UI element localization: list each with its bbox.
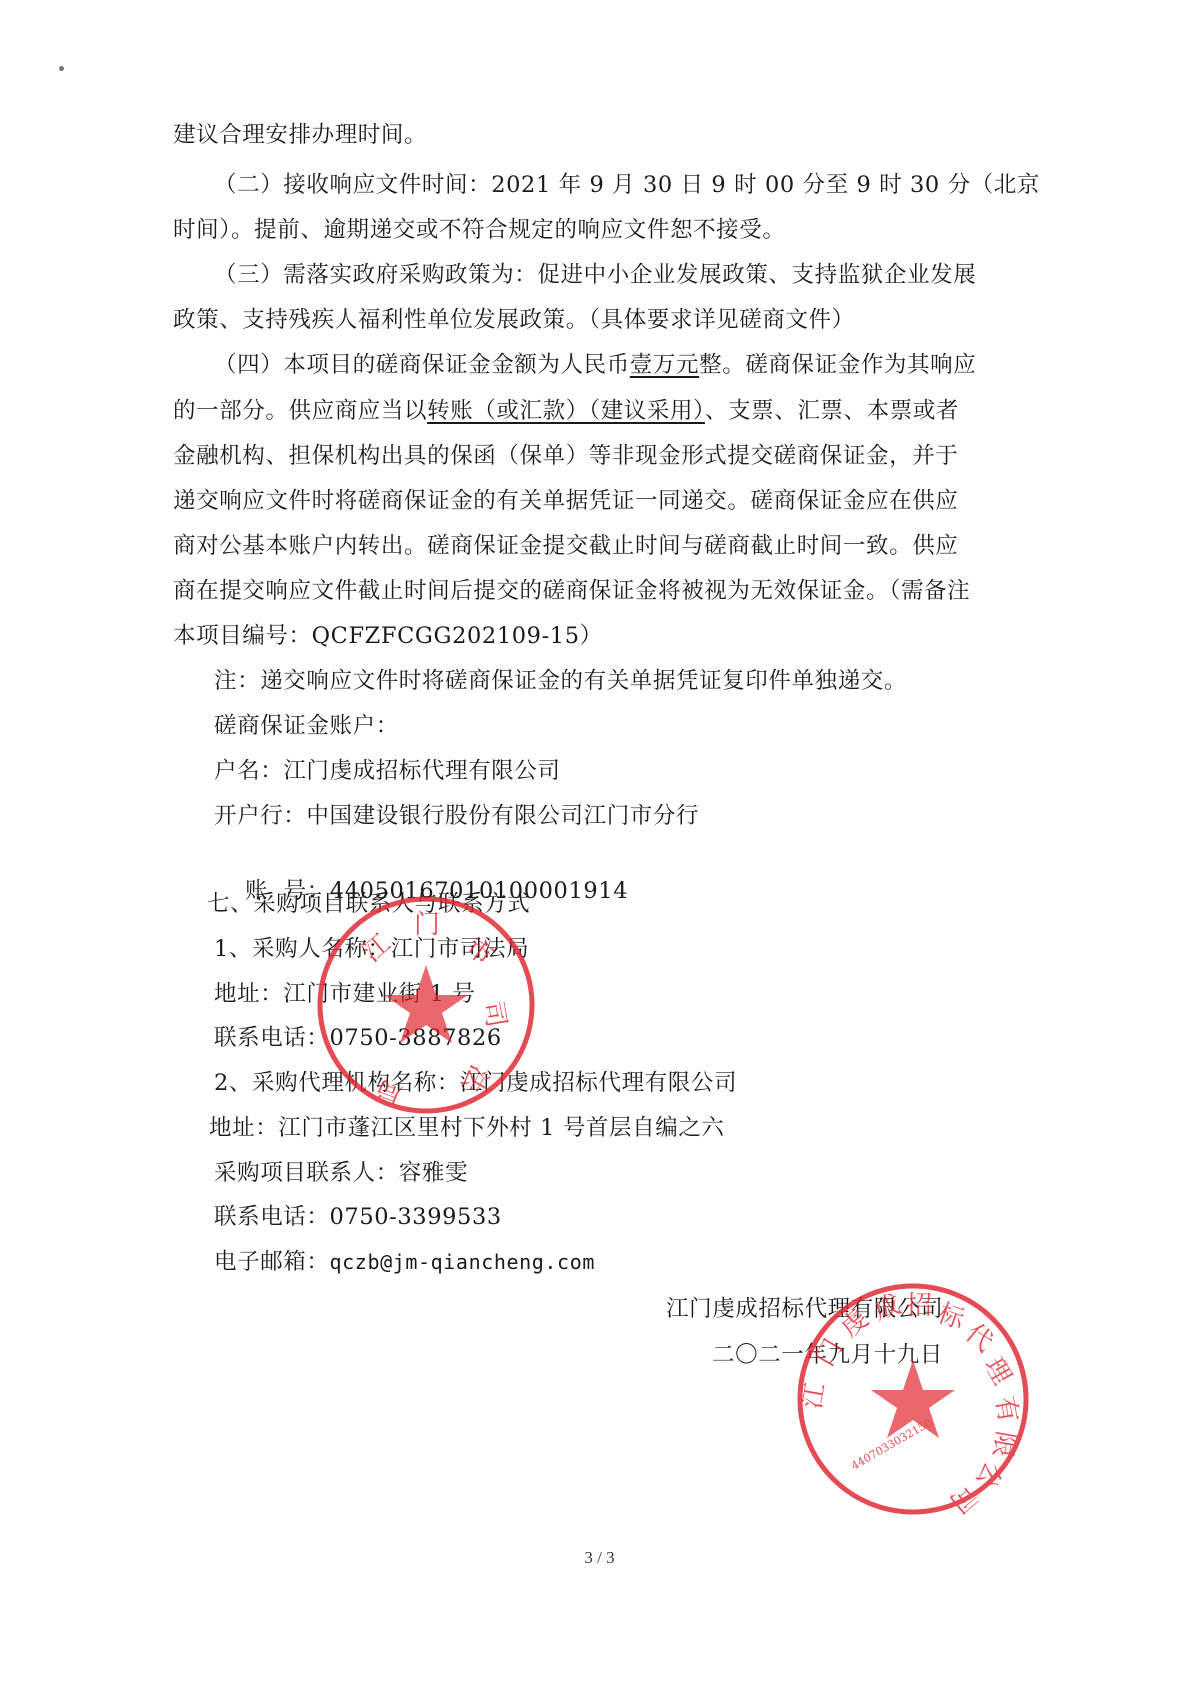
text-line: 时间）。提前、逾期递交或不符合规定的响应文件恕不接受。: [173, 215, 785, 245]
svg-text:理: 理: [978, 1353, 1017, 1391]
agency-contact: 采购项目联系人：容雅雯: [214, 1158, 468, 1188]
text-line: 金融机构、担保机构出具的保函（保单）等非现金形式提交磋商保证金，并于: [173, 441, 958, 471]
signature-date: 二〇二一年九月十九日: [712, 1340, 943, 1370]
purchaser-phone: 联系电话：0750-3887826: [214, 1023, 502, 1053]
svg-text:江: 江: [797, 1380, 831, 1411]
svg-text:有: 有: [989, 1394, 1023, 1425]
deposit-amount-line: （四）本项目的磋商保证金金额为人民币壹万元整。磋商保证金作为其响应: [214, 350, 976, 380]
signature-company: 江门虔成招标代理有限公司: [666, 1294, 943, 1324]
text-line: 递交响应文件时将磋商保证金的有关单据凭证一同递交。磋商保证金应在供应: [173, 486, 958, 516]
project-number-line: 本项目编号：QCFZFCGG202109-15）: [173, 621, 603, 651]
text: （四）本项目的磋商保证金金额为人民币: [214, 352, 630, 378]
svg-text:公: 公: [969, 1457, 1008, 1495]
payment-method-line: 的一部分。供应商应当以转账（或汇款）（建议采用）、支票、汇票、本票或者: [173, 396, 959, 426]
bank-line: 开户行：中国建设银行股份有限公司江门市分行: [214, 801, 699, 831]
svg-text:代: 代: [960, 1318, 999, 1358]
text-line: （三）需落实政府采购政策为：促进中小企业发展政策、支持监狱企业发展: [214, 260, 976, 290]
text-line: 商对公基本账户内转出。磋商保证金提交截止时间与磋商截止时间一致。供应: [173, 531, 958, 561]
account-name-line: 户名：江门虔成招标代理有限公司: [214, 756, 561, 786]
text-line: 商在提交响应文件截止时间后提交的磋商保证金将被视为无效保证金。（需备注: [173, 576, 970, 606]
text: 整。磋商保证金作为其响应: [699, 352, 976, 378]
label: 户名：: [214, 758, 283, 784]
section-heading: 七、采购项目联系人与联系方式: [207, 889, 530, 919]
svg-text:4407033032150: 4407033032150: [849, 1416, 934, 1473]
text: 的一部分。供应商应当以: [173, 398, 427, 424]
page-number: 3 / 3: [0, 1548, 1199, 1568]
agency-name: 2、采购代理机构名称：江门虔成招标代理有限公司: [214, 1068, 737, 1098]
purchaser-name: 1、采购人名称：江门市司法局: [214, 934, 529, 964]
agency-address: 地址：江门市蓬江区里村下外村 1 号首层自编之六: [209, 1113, 725, 1143]
document-page: 建议合理安排办理时间。 （二）接收响应文件时间：2021 年 9 月 30 日 …: [0, 0, 1199, 1696]
account-name: 江门虔成招标代理有限公司: [283, 758, 560, 784]
deposit-amount: 壹万元: [630, 352, 699, 378]
purchaser-address: 地址：江门市建业街 1 号: [214, 979, 475, 1009]
scan-artifact: [59, 66, 64, 71]
email: qczb@jm-qiancheng.com: [330, 1250, 595, 1274]
label: 开户行：: [214, 803, 306, 829]
text-line: （二）接收响应文件时间：2021 年 9 月 30 日 9 时 00 分至 9 …: [214, 170, 1040, 200]
text: 、支票、汇票、本票或者: [705, 398, 959, 424]
account-heading: 磋商保证金账户：: [214, 711, 399, 741]
text-line: 建议合理安排办理时间。: [173, 120, 427, 150]
note-line: 注：递交响应文件时将磋商保证金的有关单据凭证复印件单独递交。: [214, 666, 907, 696]
svg-text:司: 司: [944, 1479, 983, 1518]
agency-phone: 联系电话：0750-3399533: [214, 1202, 502, 1232]
label: 电子邮箱：: [214, 1249, 330, 1275]
text-line: 政策、支持残疾人福利性单位发展政策。（具体要求详见磋商文件）: [173, 305, 855, 335]
recommended-method: 转账（或汇款）（建议采用）: [427, 398, 705, 424]
svg-text:限: 限: [987, 1429, 1021, 1460]
agency-email-line: 电子邮箱：qczb@jm-qiancheng.com: [214, 1247, 595, 1277]
bank-name: 中国建设银行股份有限公司江门市分行: [306, 803, 699, 829]
